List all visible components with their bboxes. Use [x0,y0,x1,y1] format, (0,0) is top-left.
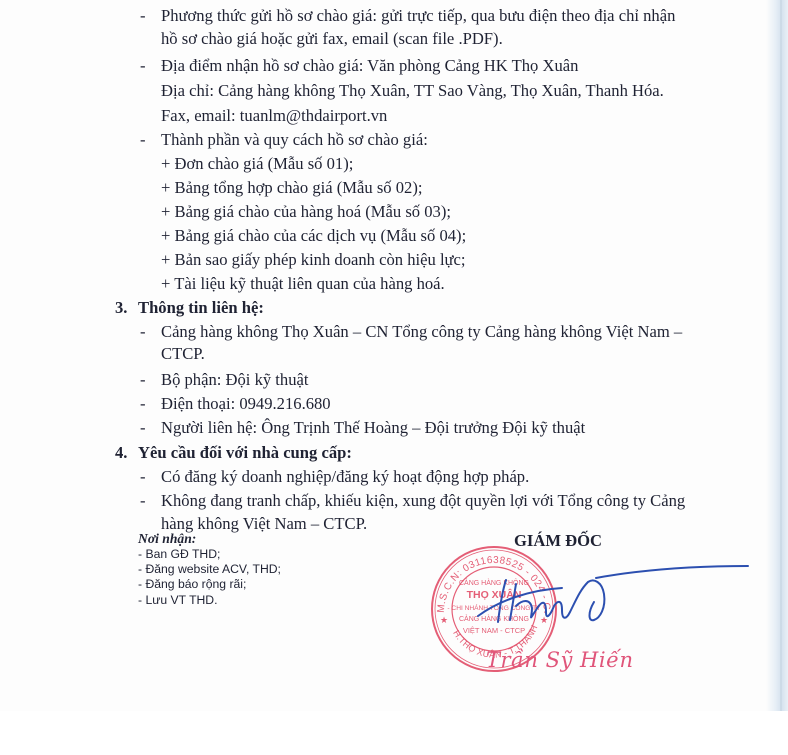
sub-item: + Bảng giá chào của hàng hoá (Mẫu số 03)… [161,202,451,222]
sub-item: + Bảng giá chào của các dịch vụ (Mẫu số … [161,226,466,246]
bullet-dash: - [140,467,146,487]
svg-text:★: ★ [440,615,448,625]
email-line: Fax, email: tuanlm@thdairport.vn [161,106,387,126]
section-heading-requirements: 4.Yêu cầu đối với nhà cung cấp: [115,443,352,463]
signatory-title: GIÁM ĐỐC [514,531,602,551]
recipient-item: - Lưu VT THD. [138,593,281,608]
bullet-dash: - [140,56,146,76]
recipient-item: - Đăng báo rộng rãi; [138,577,281,592]
section-title: Thông tin liên hệ: [138,298,264,317]
section-title: Yêu cầu đối với nhà cung cấp: [138,443,352,462]
body-line: Có đăng ký doanh nghiệp/đăng ký hoạt độn… [161,467,529,487]
contact-person-line: Người liên hệ: Ông Trịnh Thế Hoàng – Đội… [161,418,585,438]
body-line: Địa chỉ: Cảng hàng không Thọ Xuân, TT Sa… [161,81,664,101]
sub-item: + Đơn chào giá (Mẫu số 01); [161,154,353,174]
recipients-title: Nơi nhận: [138,531,281,547]
bullet-dash: - [140,491,146,511]
scan-edge-shadow [766,0,788,711]
sub-item: + Tài liệu kỹ thuật liên quan của hàng h… [161,274,445,294]
recipient-item: - Đăng website ACV, THD; [138,562,281,577]
sub-item: + Bản sao giấy phép kinh doanh còn hiệu … [161,250,466,270]
bullet-dash: - [140,370,146,390]
section-heading-contact: 3.Thông tin liên hệ: [115,298,264,318]
scan-edge-line [780,0,782,711]
body-line: hồ sơ chào giá hoặc gửi fax, email (scan… [161,29,503,49]
body-line: Thành phần và quy cách hồ sơ chào giá: [161,130,428,150]
body-line: Không đang tranh chấp, khiếu kiện, xung … [161,491,685,511]
sub-item: + Bảng tổng hợp chào giá (Mẫu số 02); [161,178,422,198]
handwritten-signature-icon [470,560,750,630]
body-line: Cảng hàng không Thọ Xuân – CN Tổng công … [161,322,682,342]
bullet-dash: - [140,394,146,414]
signatory-name-stamp: Trần Sỹ Hiến [486,648,634,672]
section-number: 4. [115,443,138,463]
bullet-dash: - [140,130,146,150]
bullet-dash: - [140,418,146,438]
body-line: CTCP. [161,344,205,364]
bullet-dash: - [140,322,146,342]
scanned-page: - Phương thức gửi hồ sơ chào giá: gửi tr… [0,0,788,711]
department-line: Bộ phận: Đội kỹ thuật [161,370,309,390]
section-number: 3. [115,298,138,318]
phone-line: Điện thoại: 0949.216.680 [161,394,331,414]
recipients-block: Nơi nhận: - Ban GĐ THD; - Đăng website A… [138,531,281,608]
bullet-dash: - [140,6,146,26]
body-line: Địa điểm nhận hồ sơ chào giá: Văn phòng … [161,56,578,76]
recipient-item: - Ban GĐ THD; [138,547,281,562]
body-line: Phương thức gửi hồ sơ chào giá: gửi trực… [161,6,675,26]
